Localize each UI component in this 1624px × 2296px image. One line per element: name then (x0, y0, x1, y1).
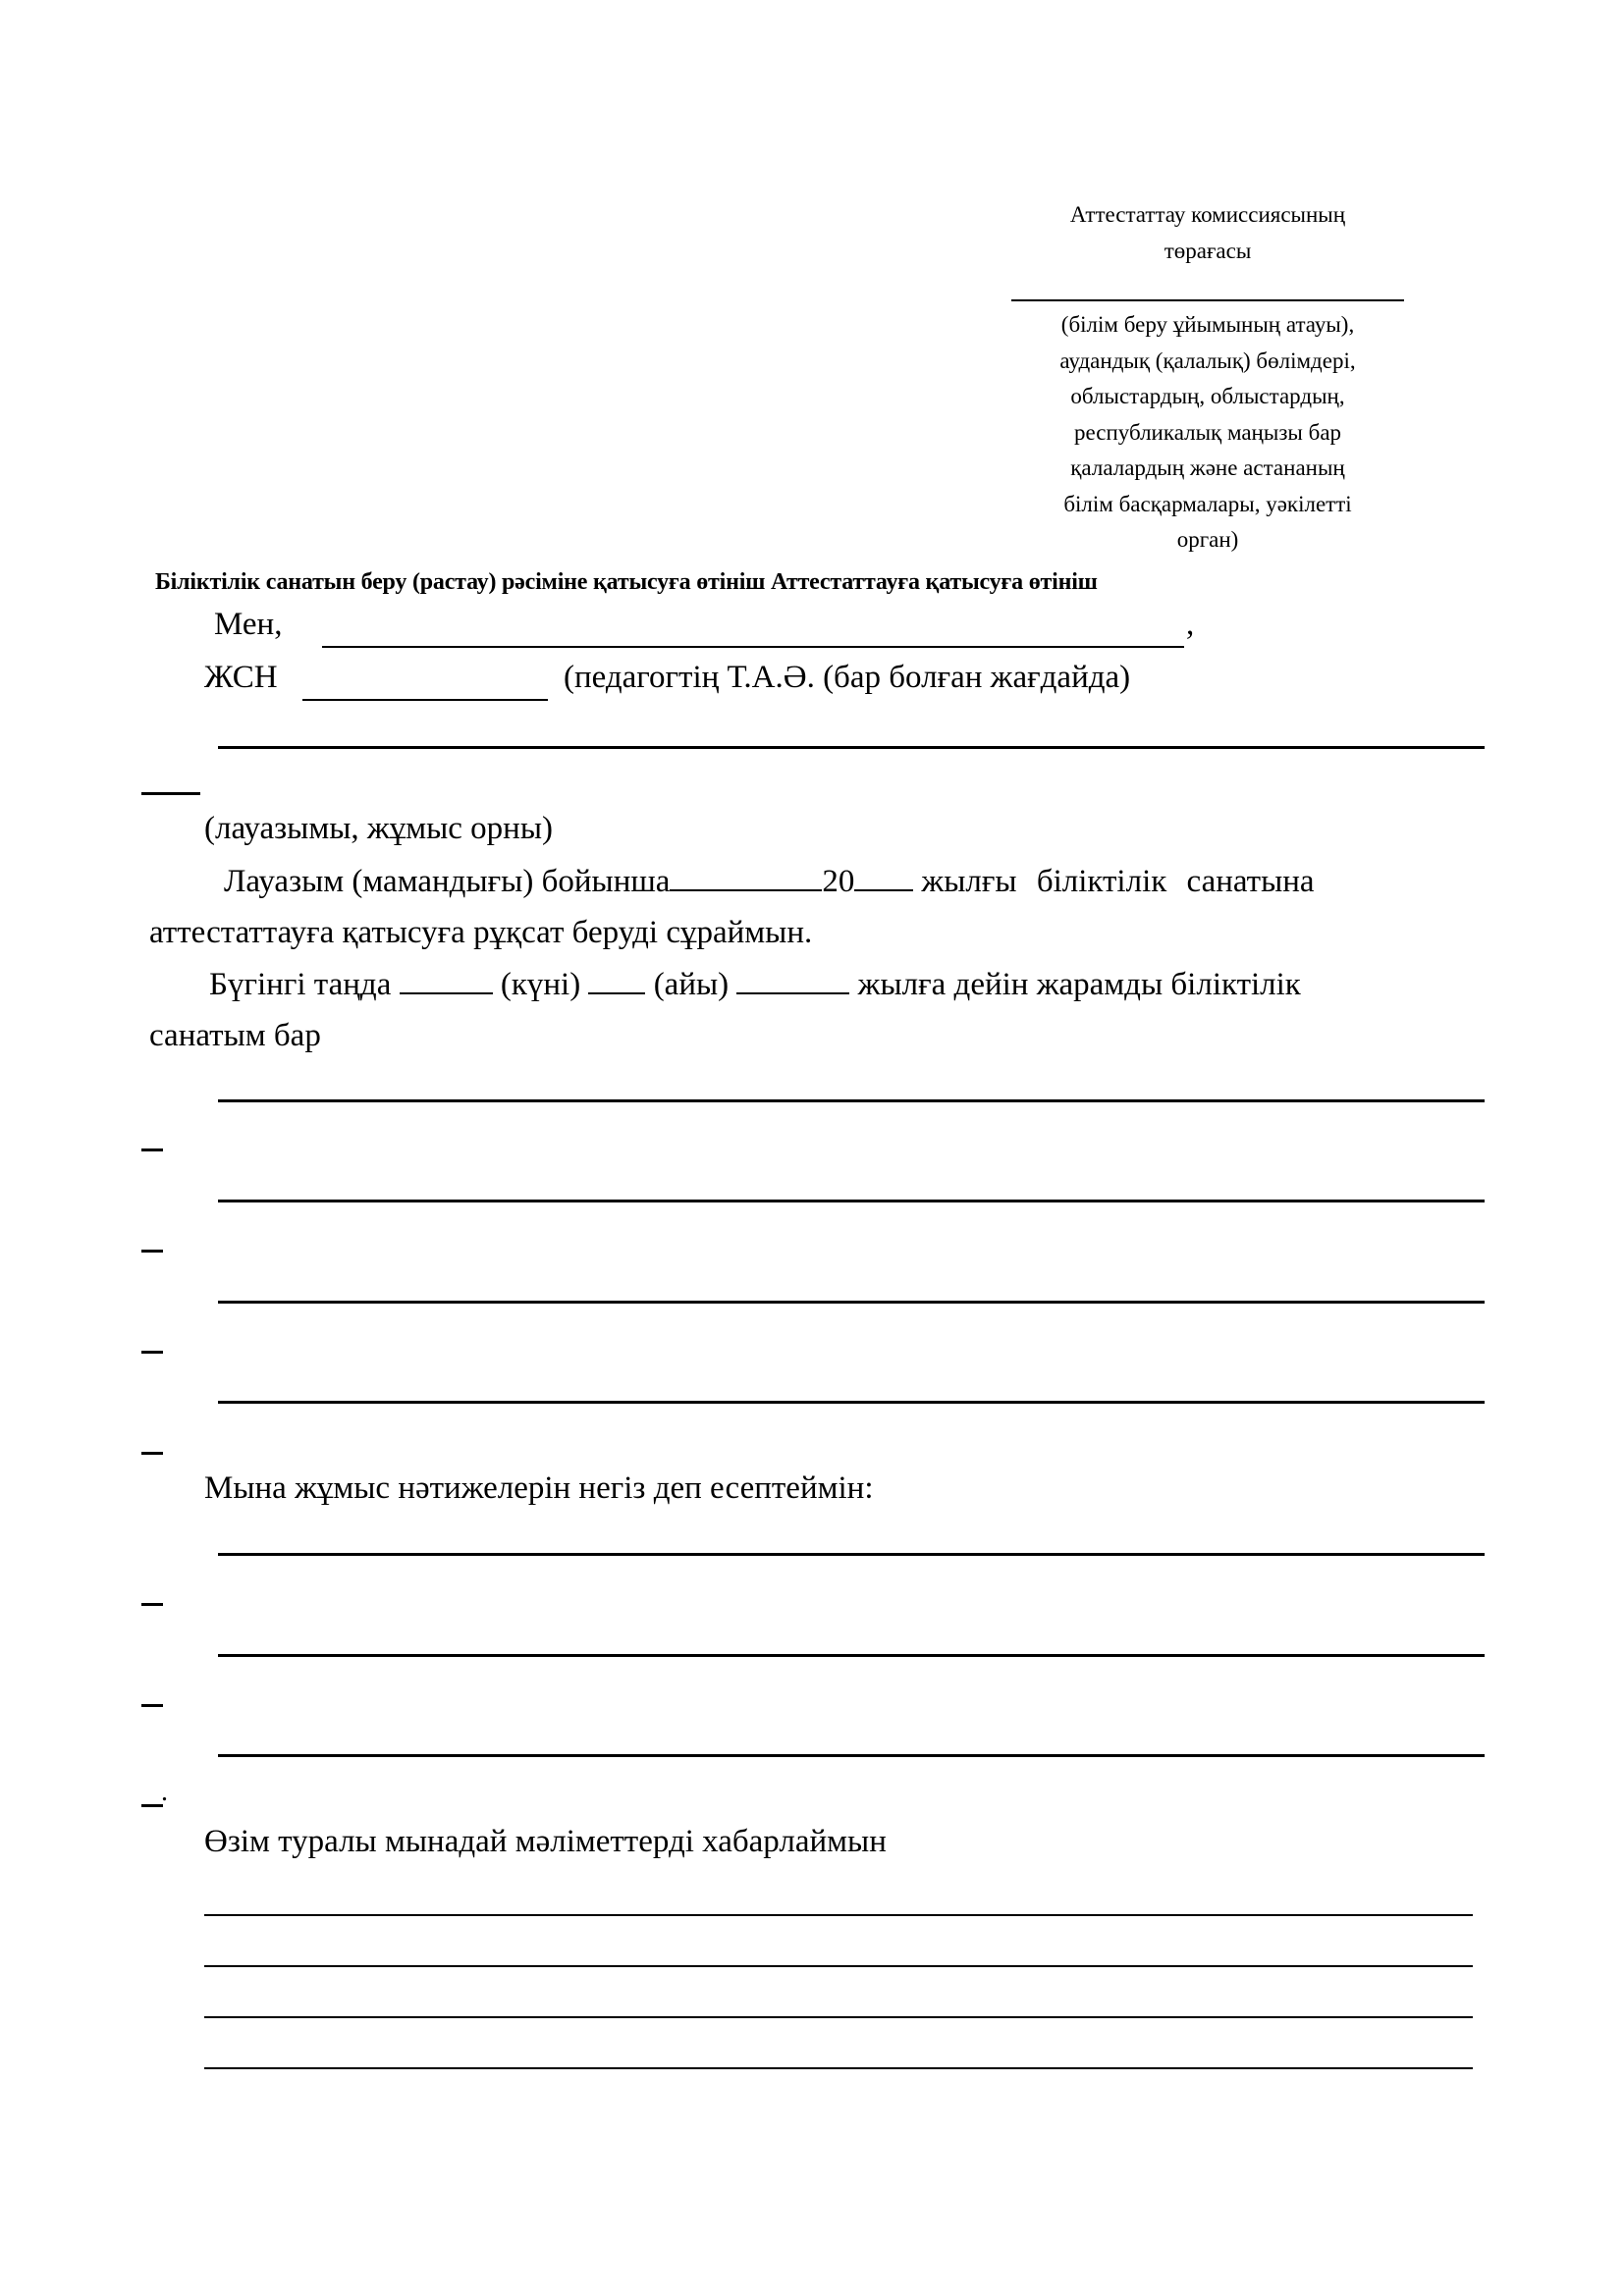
category-blank[interactable] (218, 1200, 1485, 1202)
addressee-block: Аттестаттау комиссиясының төрағасы (1011, 196, 1404, 269)
year-prefix: 20 (822, 864, 854, 899)
addressee-line: Аттестаттау комиссиясының (1011, 196, 1404, 233)
line-dash (141, 792, 200, 795)
current-category-paragraph: Бүгінгі таңда (күні) (айы) жылға дейін ж… (209, 967, 1301, 1003)
line-dash (141, 1250, 163, 1253)
line-dash (141, 1351, 163, 1354)
line-dash (141, 1704, 163, 1707)
org-line: (білім беру ұйымының атауы), (1011, 307, 1404, 344)
day-blank[interactable] (400, 992, 493, 994)
line-dash (141, 1603, 163, 1606)
about-blank[interactable] (204, 2067, 1473, 2069)
category-blank[interactable] (218, 1401, 1485, 1404)
current-line-2: санатым бар (149, 1018, 321, 1054)
iin-blank[interactable] (302, 699, 548, 701)
request-paragraph: Лауазым (мамандығы) бойынша20жылғы білік… (224, 864, 1485, 900)
month-label: (айы) (654, 967, 729, 1002)
category-blank[interactable] (218, 1301, 1485, 1304)
org-line: білім басқармалары, уәкілетті (1011, 487, 1404, 523)
results-blank[interactable] (218, 1754, 1485, 1757)
category-blank[interactable] (218, 1099, 1485, 1102)
about-blank[interactable] (204, 1965, 1473, 1967)
about-heading: Өзім туралы мынадай мәліметтерді хабарла… (204, 1824, 887, 1860)
year-until-blank[interactable] (736, 992, 849, 994)
request-text: Лауазым (мамандығы) бойынша (224, 864, 670, 899)
addressee-name-blank[interactable] (1011, 299, 1404, 301)
org-line: қалалардың және астананың (1011, 451, 1404, 487)
position-blank[interactable] (218, 746, 1485, 749)
men-trailing: , (1186, 607, 1194, 643)
iin-label: ЖСН (204, 660, 278, 696)
org-line: орган) (1011, 522, 1404, 559)
about-blank[interactable] (204, 2016, 1473, 2018)
org-line: аудандық (қалалық) бөлімдері, (1011, 344, 1404, 380)
men-label: Мен, (214, 607, 282, 643)
request-line-2: аттестаттауға қатысуға рұқсат беруді сұр… (149, 915, 812, 951)
day-label: (күні) (501, 967, 580, 1002)
specialty-blank[interactable] (670, 889, 822, 891)
organization-note: (білім беру ұйымының атауы), аудандық (қ… (1011, 307, 1404, 559)
year-blank[interactable] (854, 889, 913, 891)
request-text: жылғы біліктілік санатына (921, 864, 1314, 899)
addressee-line: төрағасы (1011, 233, 1404, 269)
line-dash (141, 1804, 163, 1807)
final-mark: . (161, 1777, 168, 1808)
org-line: республикалық маңызы бар (1011, 415, 1404, 452)
about-blank[interactable] (204, 1914, 1473, 1916)
results-blank[interactable] (218, 1654, 1485, 1657)
position-note: (лауазымы, жұмыс орны) (204, 811, 553, 847)
results-heading: Мына жұмыс нәтижелерін негіз деп есептей… (204, 1470, 874, 1507)
current-text: Бүгінгі таңда (209, 967, 391, 1002)
results-blank[interactable] (218, 1553, 1485, 1556)
document-title: Біліктілік санатын беру (растау) рәсімін… (155, 569, 1098, 596)
current-text: жылға дейін жарамды біліктілік (858, 967, 1301, 1002)
iin-note: (педагогтің Т.А.Ә. (бар болған жағдайда) (564, 660, 1130, 696)
line-dash (141, 1148, 163, 1151)
org-line: облыстардың, облыстардың, (1011, 379, 1404, 415)
name-blank[interactable] (322, 646, 1184, 648)
month-blank[interactable] (588, 992, 645, 994)
line-dash (141, 1452, 163, 1455)
